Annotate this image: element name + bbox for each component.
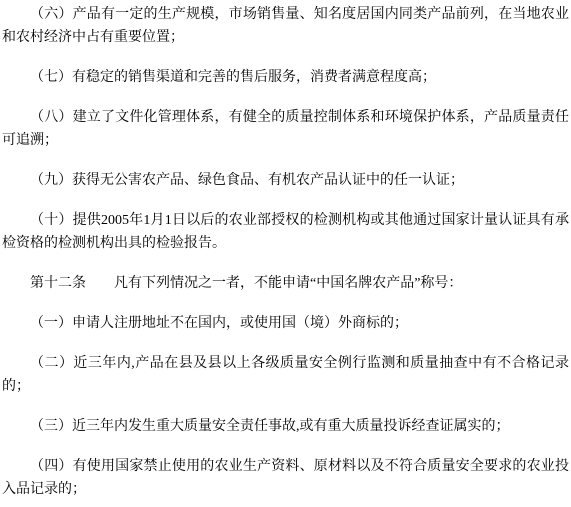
paragraph-article-12-heading: 第十二条 凡有下列情况之一者，不能申请“中国名牌农产品”称号： [2, 272, 569, 295]
paragraph-clause-7: （七）有稳定的销售渠道和完善的售后服务，消费者满意程度高； [2, 66, 569, 89]
document-page: （六）产品有一定的生产规模，市场销售量、知名度居国内同类产品前列，在当地农业和农… [0, 0, 571, 507]
paragraph-clause-10: （十）提供2005年1月1日以后的农业部授权的检测机构或其他通过国家计量认证具有… [2, 209, 569, 255]
paragraph-article-12-item-1: （一）申请人注册地址不在国内，或使用国（境）外商标的； [2, 312, 569, 335]
paragraph-clause-6: （六）产品有一定的生产规模，市场销售量、知名度居国内同类产品前列，在当地农业和农… [2, 3, 569, 49]
paragraph-clause-9: （九）获得无公害农产品、绿色食品、有机农产品认证中的任一认证； [2, 169, 569, 192]
paragraph-clause-8: （八）建立了文件化管理体系，有健全的质量控制体系和环境保护体系，产品质量责任可追… [2, 106, 569, 152]
paragraph-article-12-item-2: （二）近三年内,产品在县及县以上各级质量安全例行监测和质量抽查中有不合格记录的； [2, 352, 569, 398]
paragraph-article-12-item-4: （四）有使用国家禁止使用的农业生产资料、原材料以及不符合质量安全要求的农业投入品… [2, 455, 569, 501]
paragraph-article-12-item-3: （三）近三年内发生重大质量安全责任事故,或有重大质量投诉经查证属实的； [2, 415, 569, 438]
